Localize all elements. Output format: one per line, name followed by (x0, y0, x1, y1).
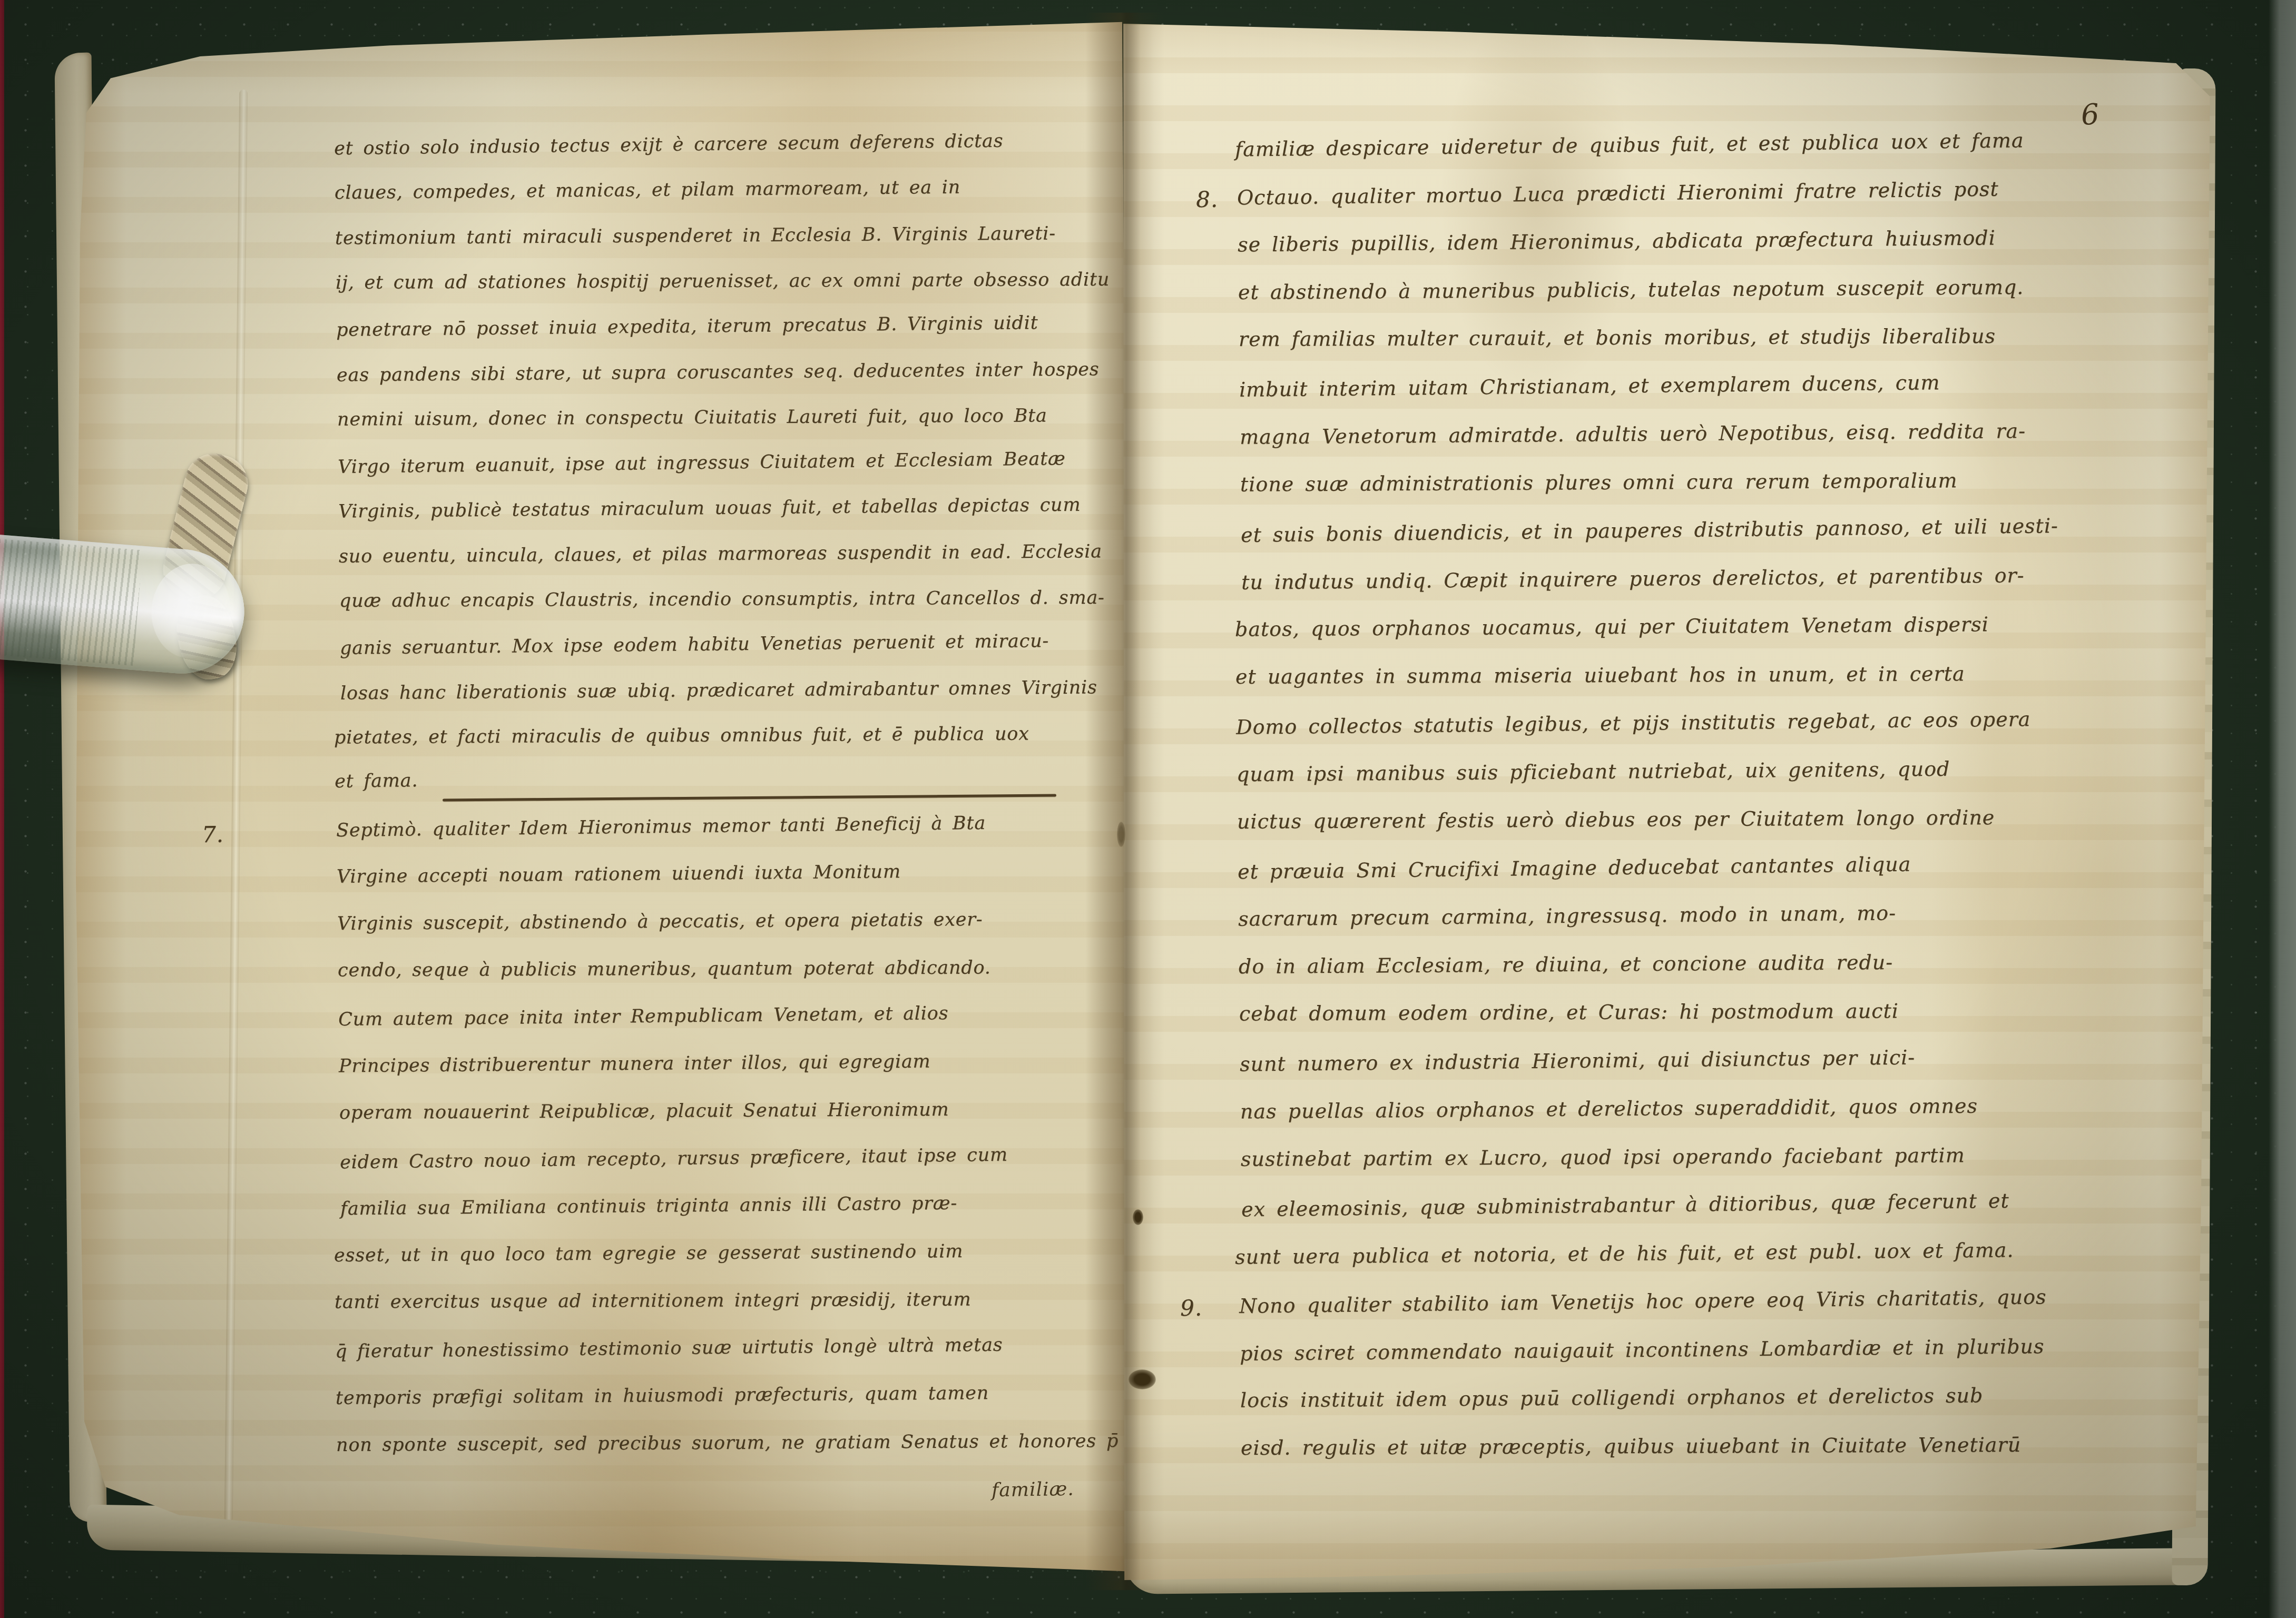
manuscript-line: magna Venetorum admiratde. adultis uerò … (1240, 419, 2026, 449)
manuscript-line: cendo, seque à publicis muneribus, quant… (338, 957, 991, 981)
manuscript-line: eisd. regulis et uitæ præceptis, quibus … (1241, 1433, 2021, 1459)
manuscript-line: Principes distribuerentur munera inter i… (339, 1051, 931, 1077)
right-page: familiæ despicare uideretur de quibus fu… (1121, 9, 2214, 1590)
manuscript-line: losas hanc liberationis suæ ubiq. prædic… (340, 677, 1097, 704)
manuscript-line: familia sua Emiliana continuis triginta … (340, 1193, 957, 1220)
manuscript-line: se liberis pupillis, idem Hieronimus, ab… (1238, 226, 1996, 256)
catchword: familiæ. (992, 1478, 1074, 1502)
manuscript-line: tanti exercitus usque ad internitionem i… (335, 1289, 972, 1313)
manuscript-line: rem familias multer curauit, et bonis mo… (1239, 324, 1996, 351)
manuscript-line: Cum autem pace inita inter Rempublicam V… (338, 1003, 949, 1030)
manuscript-line: Nono qualiter stabilito iam Venetijs hoc… (1239, 1285, 2047, 1318)
paragraph-number: 7. (202, 822, 224, 847)
manuscript-line: sacrarum precum carmina, ingressusq. mod… (1238, 901, 1896, 930)
manuscript-line: operam nouauerint Reipublicæ, placuit Se… (339, 1099, 949, 1123)
manuscript-line: pios sciret commendato nauigauit inconti… (1240, 1335, 2045, 1365)
manuscript-line: esset, ut in quo loco tam egregie se ges… (334, 1241, 963, 1266)
manuscript-line: Virginis, publicè testatus miraculum uou… (338, 495, 1081, 522)
manuscript-line: nemini uisum, donec in conspectu Ciuitat… (337, 405, 1047, 430)
manuscript-line: batos, quos orphanos uocamus, qui per Ci… (1235, 613, 1989, 640)
manuscript-line: ex eleemosinis, quæ subministrabantur à … (1241, 1189, 2009, 1221)
manuscript-line: quam ipsi manibus suis pficiebant nutrie… (1237, 757, 1950, 786)
manuscript-line: quæ adhuc encapis Claustris, incendio co… (339, 587, 1105, 611)
manuscript-line: imbuit interim uitam Christianam, et exe… (1239, 371, 1940, 401)
manuscript-line: uictus quærerent festis uerò diebus eos … (1237, 806, 1995, 833)
ink-blot (1133, 1209, 1143, 1225)
manuscript-line: ganis seruantur. Mox ipse eodem habitu V… (340, 630, 1049, 659)
manuscript-line: et uagantes in summa miseria uiuebant ho… (1235, 662, 1965, 688)
manuscript-line: testimonium tanti miraculi suspenderet i… (335, 223, 1056, 249)
manuscript-line: Virginis suscepit, abstinendo à peccatis… (337, 909, 983, 934)
manuscript-line: pietates, et facti miraculis de quibus o… (334, 723, 1029, 748)
left-page: et ostio solo indusio tectus exijt è car… (74, 16, 1127, 1577)
manuscript-line: et ostio solo indusio tectus exijt è car… (334, 131, 1004, 160)
manuscript-line: do in aliam Ecclesiam, re diuina, et con… (1239, 950, 1893, 978)
photograph-scene: { "folio_number": "6", "colors": { "felt… (0, 0, 2296, 1618)
manuscript-line: eas pandens sibi stare, ut supra corusca… (337, 359, 1100, 386)
manuscript-line: eidem Castro nouo iam recepto, rursus pr… (340, 1145, 1008, 1173)
manuscript-line: locis instituit idem opus puū colligendi… (1240, 1384, 1984, 1412)
manuscript-line: suo euentu, uincula, claues, et pilas ma… (339, 541, 1102, 567)
manuscript-line: ij, et cum ad stationes hospitij perueni… (336, 269, 1110, 293)
flourish-rule (443, 794, 1056, 801)
rod-dome-highlight (148, 561, 234, 662)
manuscript-line: cebat domum eodem ordine, et Curas: hi p… (1239, 999, 1899, 1025)
manuscript-line: sunt numero ex industria Hieronimi, qui … (1240, 1045, 1915, 1076)
manuscript-line: Domo collectos statutis legibus, et pijs… (1236, 707, 2031, 739)
manuscript-line: penetrare nō posset inuia expedita, iter… (336, 312, 1038, 341)
paragraph-number: 9. (1180, 1295, 1203, 1321)
manuscript-line: et fama. (335, 770, 418, 792)
ink-blot (1129, 1369, 1156, 1389)
red-edge-strip (0, 0, 4, 1618)
table-edge-strip (2269, 0, 2296, 1618)
gutter-shadow (1085, 13, 1164, 1590)
ink-blot (1117, 822, 1125, 847)
manuscript-line: nas puellas alios orphanos et derelictos… (1240, 1094, 1978, 1123)
manuscript-line: sunt uera publica et notoria, et de his … (1235, 1238, 2014, 1268)
manuscript-line: et præuia Smi Crucifixi Imagine deduceba… (1238, 852, 1911, 883)
manuscript-line: tione suæ administrationis plures omni c… (1240, 469, 1958, 496)
left-page-crease (224, 90, 248, 1522)
manuscript-line: non sponte suscepit, sed precibus suorum… (336, 1430, 1118, 1456)
manuscript-line: Virgo iterum euanuit, ipse aut ingressus… (338, 448, 1066, 478)
paragraph-number: 8. (1196, 186, 1219, 212)
manuscript-line: Octauo. qualiter mortuo Luca prædicti Hi… (1237, 177, 1999, 209)
manuscript-line: claues, compedes, et manicas, et pilam m… (335, 177, 960, 204)
manuscript-line: et suis bonis diuendicis, et in pauperes… (1241, 514, 2058, 547)
rod-striations (0, 537, 142, 666)
manuscript-line: et abstinendo à muneribus publicis, tute… (1238, 275, 2024, 304)
manuscript-line: q̄ fieratur honestissimo testimonio suæ … (335, 1334, 1003, 1362)
manuscript-line: temporis præfigi solitam in huiusmodi pr… (336, 1383, 989, 1409)
folio-number: 6 (2080, 97, 2101, 132)
manuscript-line: sustinebat partim ex Lucro, quod ipsi op… (1241, 1143, 1965, 1170)
manuscript-line: familiæ despicare uideretur de quibus fu… (1235, 129, 2024, 161)
manuscript-line: Virgine accepti nouam rationem uiuendi i… (337, 861, 901, 887)
manuscript-line: Septimò. qualiter Idem Hieronimus memor … (336, 813, 986, 841)
manuscript-line: tu indutus undiq. Cæpit inquirere pueros… (1241, 564, 2025, 594)
